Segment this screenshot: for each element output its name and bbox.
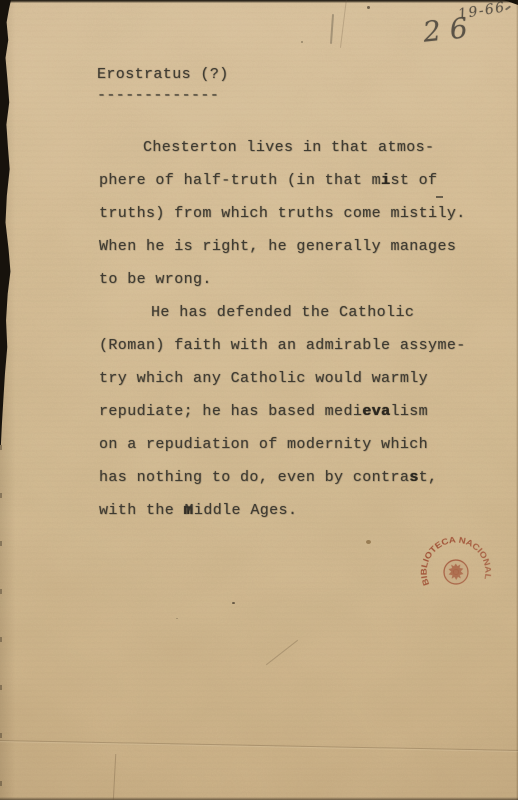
typed-text: (Roman) faith with an admirable assyme- xyxy=(99,337,466,354)
typed-text: to be wrong. xyxy=(99,271,212,288)
typed-line: on a repudiation of modernity which xyxy=(99,436,489,469)
typed-line: has nothing to do, even by contrast, xyxy=(99,469,489,502)
typed-line: repudiate; he has based medievalism xyxy=(99,403,489,436)
title-underline-dashes: ------------- xyxy=(97,87,219,104)
typed-line: to be wrong. xyxy=(99,271,489,304)
typed-line: phere of half-truth (in that mist of xyxy=(99,172,489,205)
stray-ink-mark xyxy=(436,196,443,198)
typed-text: has nothing to do, even by contra xyxy=(99,469,409,486)
typed-text: He has defended the Catholic xyxy=(151,304,414,321)
typed-text: t, xyxy=(419,469,438,486)
typed-line: (Roman) faith with an admirable assyme- xyxy=(99,337,489,370)
typed-text: When he is right, he generally manages xyxy=(99,238,456,255)
typed-line: He has defended the Catholic xyxy=(99,304,489,337)
overstruck-text: eva xyxy=(362,403,390,420)
typed-text-body: Chesterton lives in that atmos-phere of … xyxy=(99,139,489,535)
scan-edge-left-lower xyxy=(0,445,2,800)
typed-text: st of xyxy=(390,172,437,189)
typed-line: Chesterton lives in that atmos- xyxy=(99,139,489,172)
library-stamp: BIBLIOTECA NACIONAL xyxy=(415,531,498,614)
typed-line: When he is right, he generally manages xyxy=(99,238,489,271)
paper-speck xyxy=(366,540,371,544)
typed-text: truths) from which truths come mistily. xyxy=(99,205,466,222)
typed-text: with the xyxy=(99,502,184,519)
typed-text: Chesterton lives in that atmos- xyxy=(143,139,434,156)
typed-text: try which any Catholic would warmly xyxy=(99,370,428,387)
paper-speck xyxy=(232,602,235,604)
overstruck-text: s xyxy=(409,469,418,486)
document-title: Erostratus (?) xyxy=(97,66,229,83)
paper-speck xyxy=(301,41,303,43)
paper-speck xyxy=(367,6,370,9)
paper-speck xyxy=(176,618,178,619)
typed-text: repudiate; he has based medi xyxy=(99,403,362,420)
typed-line: truths) from which truths come mistily. xyxy=(99,205,489,238)
typed-line: with the mMiddle Ages. xyxy=(99,502,489,535)
typed-text: phere of half-truth (in that m xyxy=(99,172,381,189)
typed-line: try which any Catholic would warmly xyxy=(99,370,489,403)
typed-text: lism xyxy=(390,403,428,420)
typed-text: on a repudiation of modernity which xyxy=(99,436,428,453)
scan-edge-top xyxy=(0,0,518,3)
scanned-typewritten-page: 26 19-66 Erostratus (?) ------------- Ch… xyxy=(0,0,518,800)
typed-text: Middle Ages. xyxy=(185,502,298,519)
